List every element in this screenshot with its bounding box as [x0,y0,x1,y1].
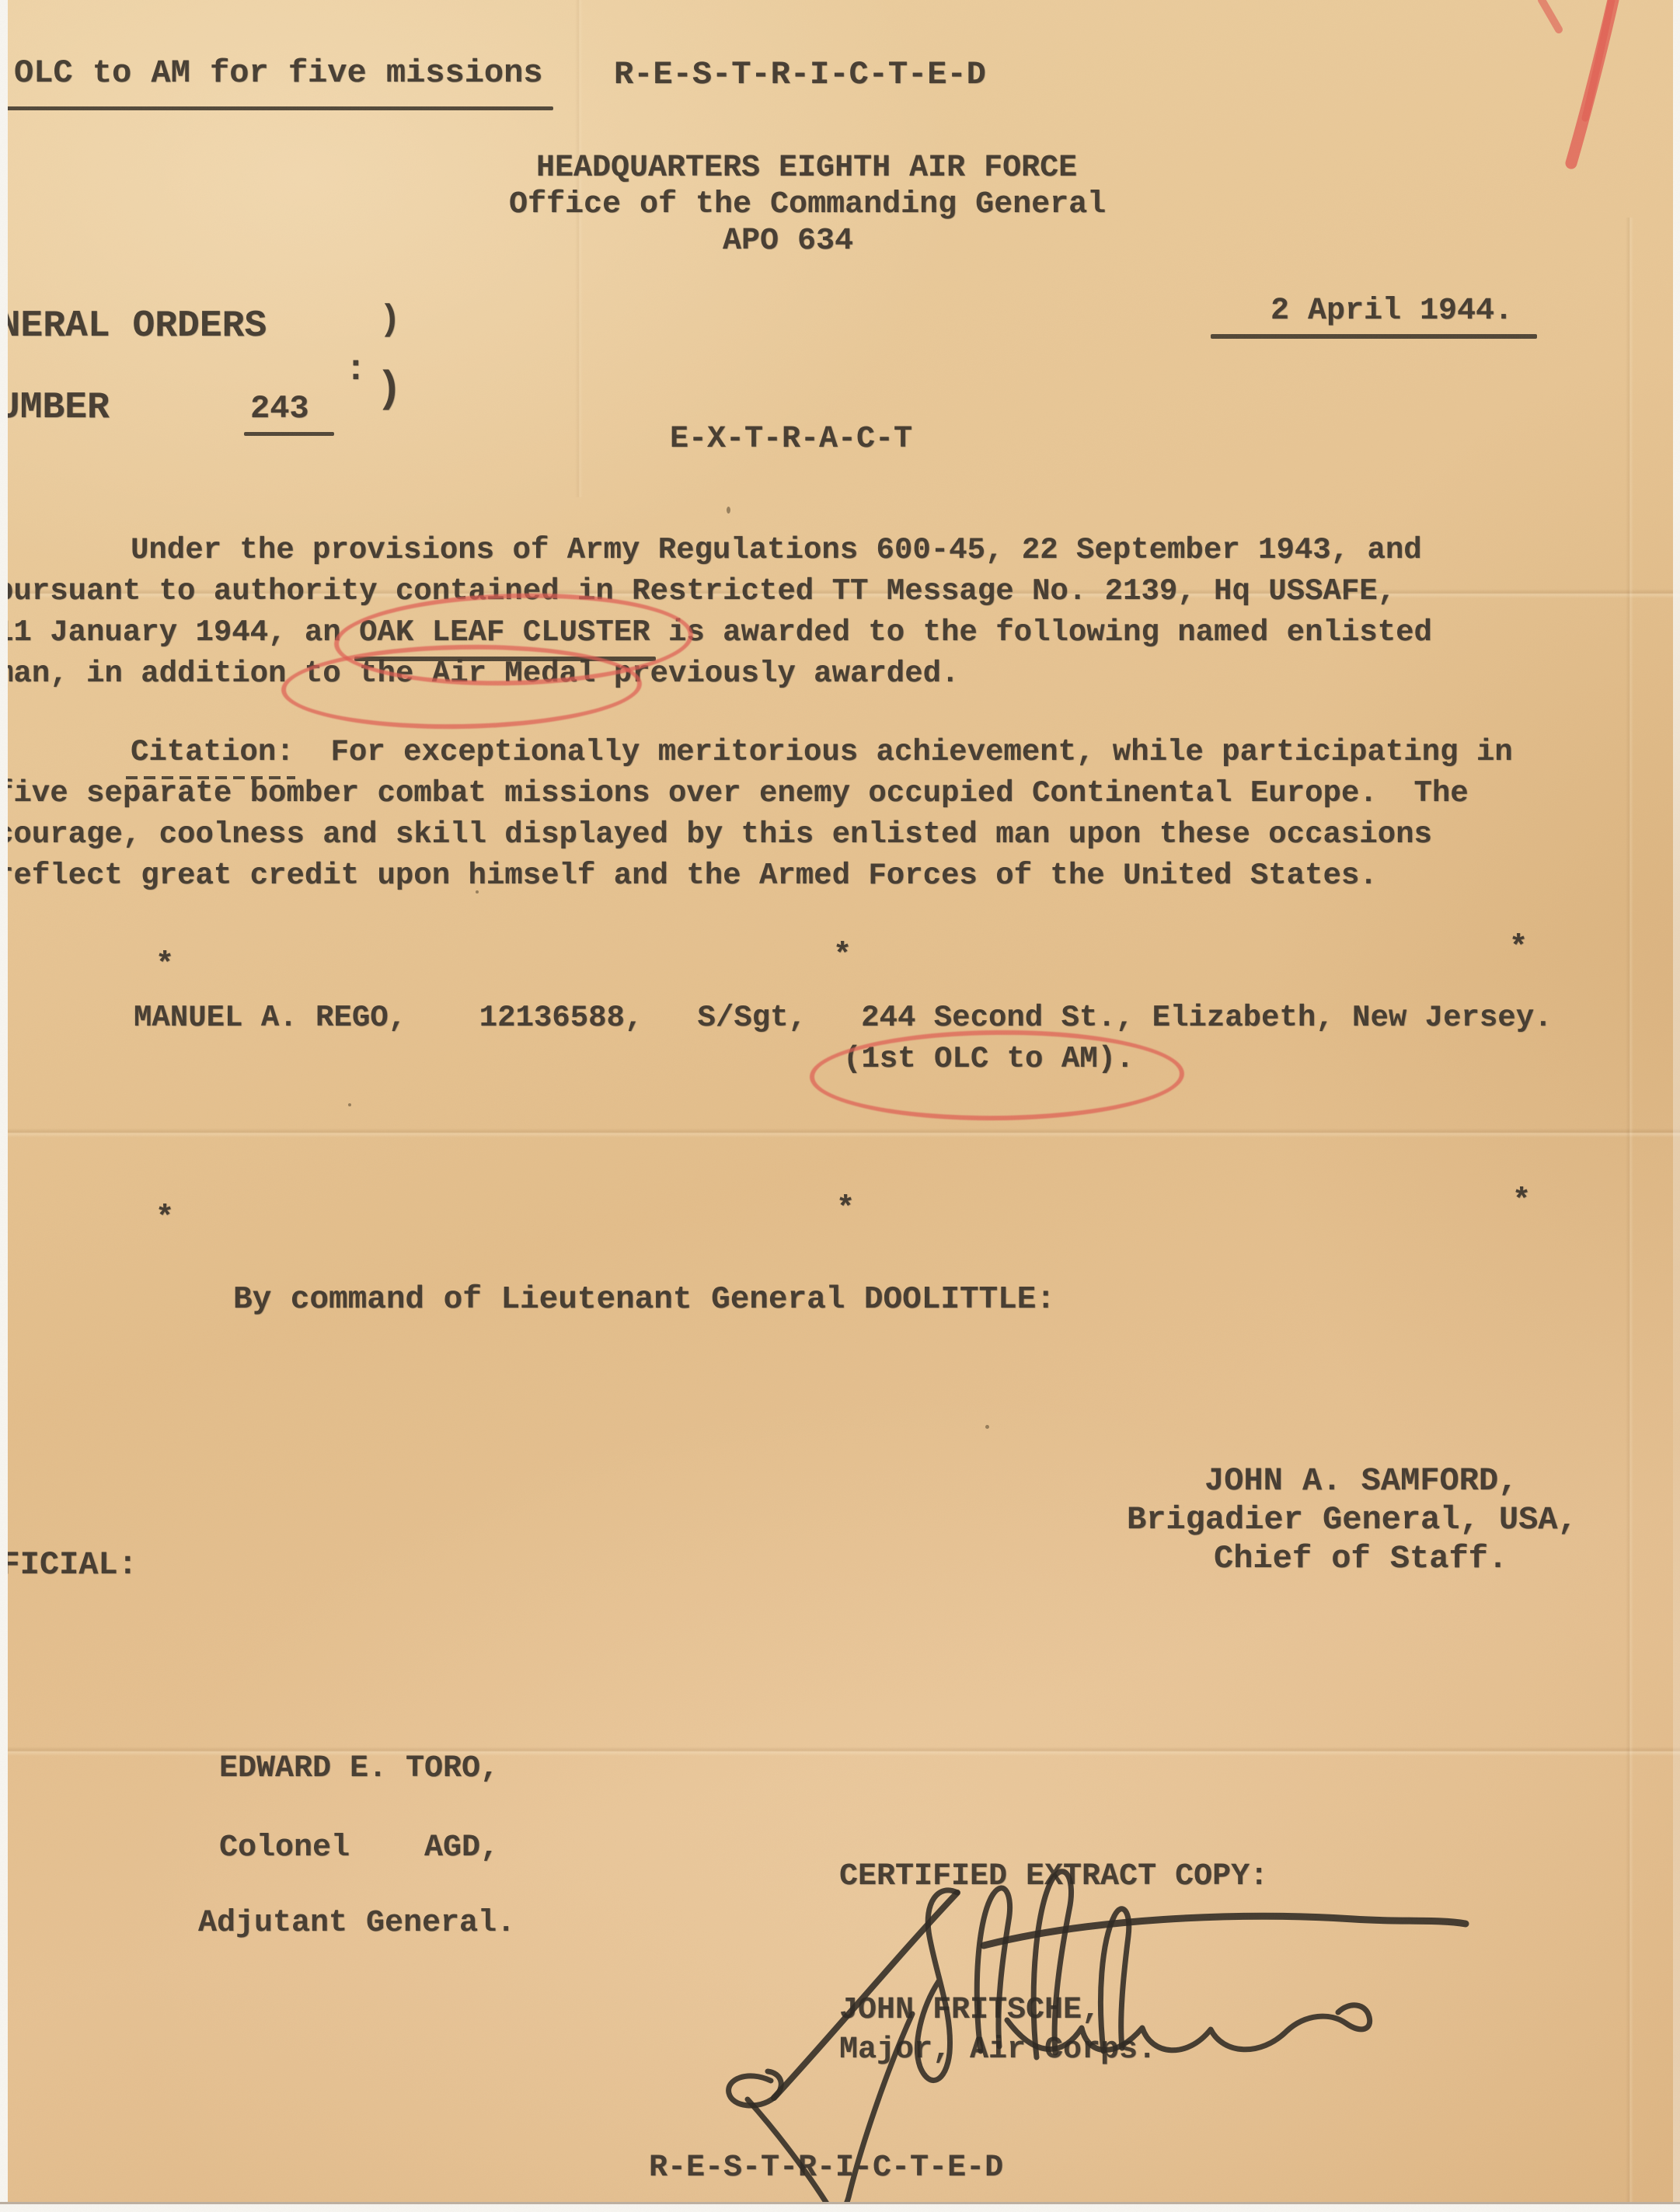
letterhead-apo: APO 634 [723,225,853,258]
annotation-underline [5,106,553,110]
ink-speck [727,507,730,514]
general-orders-label: GENERAL ORDERS [0,307,267,346]
asterisk: * [155,949,174,982]
classification-bottom: R-E-S-T-R-I-C-T-E-D [649,2152,1003,2185]
ink-speck [985,1425,989,1429]
number-paren: ) [376,367,403,413]
red-circle-air-medal [281,642,643,732]
chief-title: Chief of Staff. [1214,1541,1507,1576]
letterhead-org: HEADQUARTERS EIGHTH AIR FORCE [536,152,1077,185]
chief-name: JOHN A. SAMFORD, [1204,1464,1518,1498]
para1-line3: 11 January 1944, an OAK LEAF CLUSTER is … [0,617,1432,649]
fold-crease-vertical-top [575,0,583,497]
ink-speck [348,1103,351,1106]
certified-copy-label: CERTIFIED EXTRACT COPY: [839,1861,1268,1893]
adjutant-rank: Colonel AGD, [219,1832,499,1865]
adjutant-title: Adjutant General. [198,1907,515,1940]
number-label: NUMBER [0,388,110,427]
citation-line2: five separate bomber combat missions ove… [0,778,1469,810]
scan-edge-left [0,0,8,2212]
asterisk: * [836,1193,855,1226]
fold-crease-middle [0,1128,1680,1137]
scan-edge-bottom [0,2202,1680,2212]
asterisk: * [155,1203,174,1235]
asterisk: * [833,940,852,973]
citation-line3: courage, coolness and skill displayed by… [0,819,1432,851]
awardee-line: MANUEL A. REGO, 12136588, S/Sgt, 244 Sec… [134,1002,1553,1034]
order-number: 243 [250,392,309,426]
number-underline [244,432,334,436]
chief-rank: Brigadier General, USA, [1127,1503,1577,1537]
adjutant-name: EDWARD E. TORO, [219,1753,499,1785]
by-command-line: By command of Lieutenant General DOOLITT… [233,1284,1055,1317]
ink-speck [476,890,479,894]
classification-top: R-E-S-T-R-I-C-T-E-D [614,57,986,92]
para1-line1: Under the provisions of Army Regulations… [131,535,1422,566]
extract-heading: E-X-T-R-A-C-T [670,423,912,456]
annotation-olc-note: OLC to AM for five missions [14,56,543,90]
citation-line4: reflect great credit upon himself and th… [0,860,1378,892]
official-label: OFFICIAL: [0,1548,138,1582]
paper-edge-crease-right [1626,218,1633,2207]
scanned-document-page: OLC to AM for five missions R-E-S-T-R-I-… [0,0,1680,2212]
order-date: 2 April 1944. [1270,295,1513,328]
general-orders-paren: ) [379,301,401,339]
citation-line1: Citation: For exceptionally meritorious … [131,737,1513,768]
signer-name: JOHN FRITSCHE, [839,1994,1100,2027]
scan-edge-right [1673,0,1680,2212]
asterisk: * [1509,932,1528,965]
signer-title: Major, Air Corps. [839,2034,1156,2067]
letterhead-office: Office of the Commanding General [509,189,1106,221]
orders-colon: : [345,351,367,388]
para1-line2: pursuant to authority contained in Restr… [0,576,1396,608]
date-underline [1211,334,1537,339]
asterisk: * [1512,1186,1531,1218]
